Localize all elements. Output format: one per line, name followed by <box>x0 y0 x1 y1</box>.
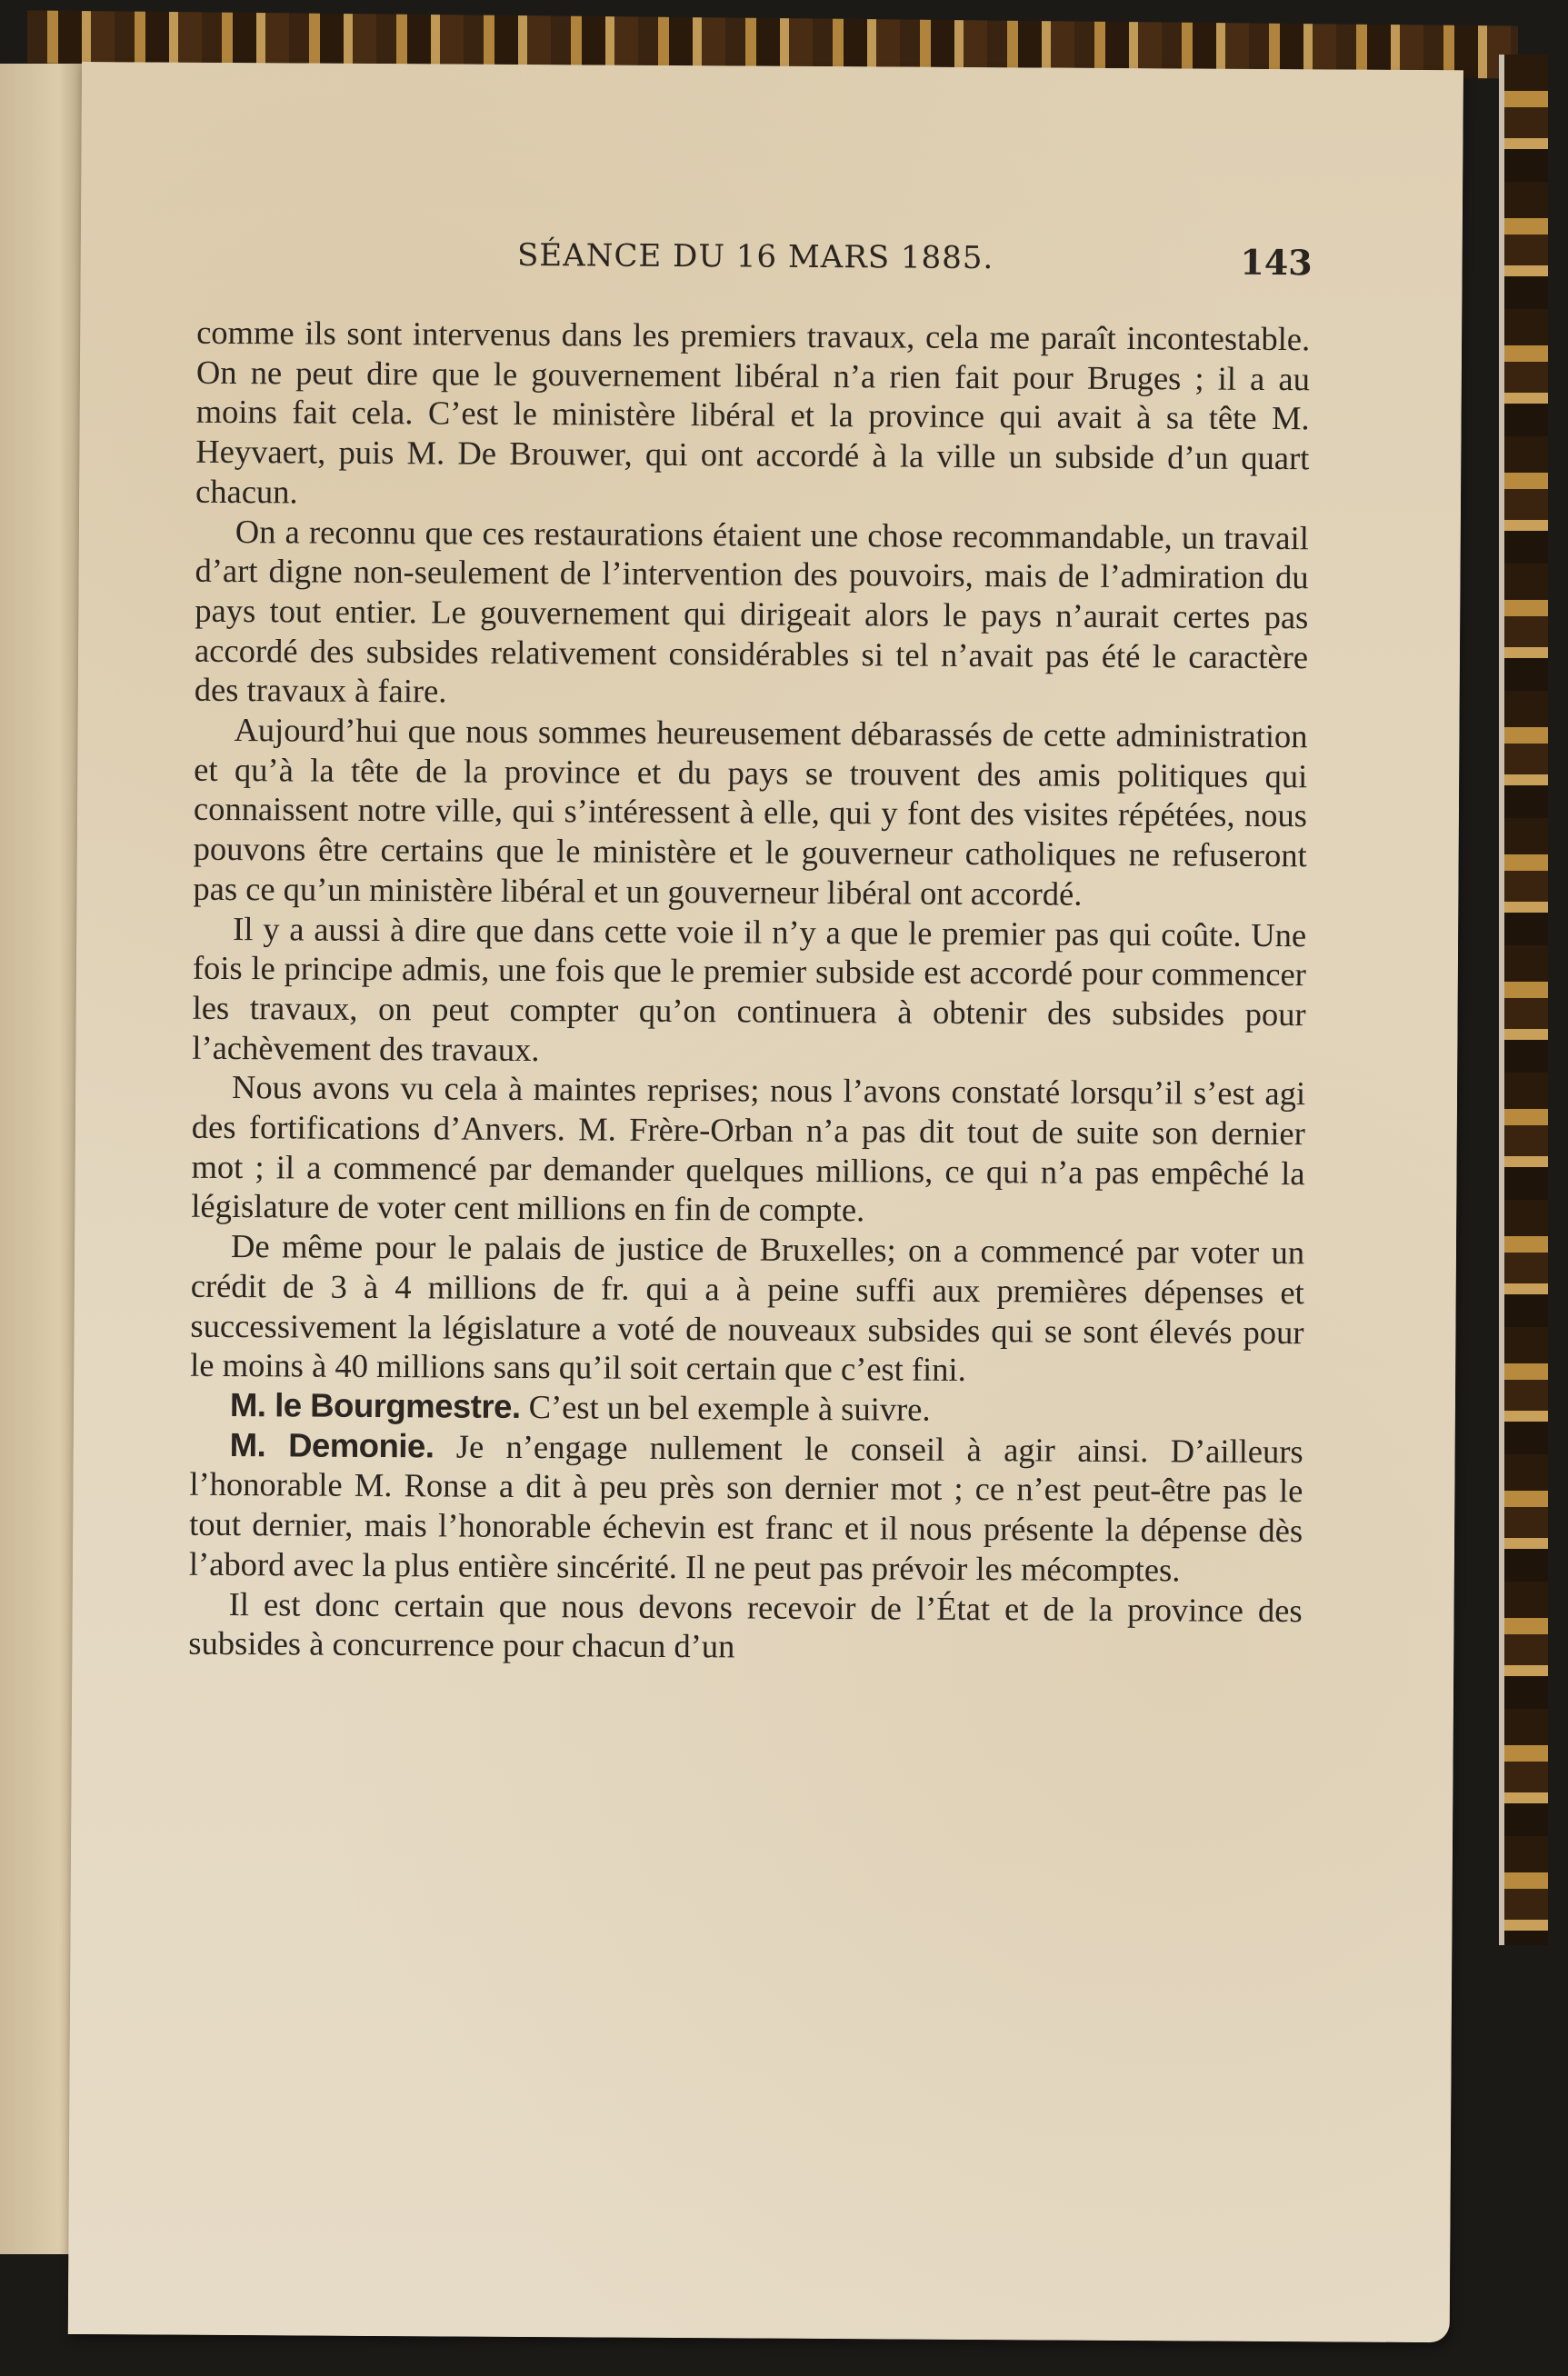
paragraph: On a reconnu que ces restaurations étaie… <box>195 511 1309 716</box>
paragraph: Il y a aussi à dire que dans cette voie … <box>192 908 1306 1073</box>
paragraph: comme ils sont intervenus dans les premi… <box>195 313 1310 518</box>
speech-demonie: M. Demonie. Je n’engage nullement le con… <box>189 1424 1303 1590</box>
running-head: SÉANCE DU 16 MARS 1885. 143 <box>198 235 1312 296</box>
book-page: SÉANCE DU 16 MARS 1885. 143 comme ils so… <box>68 62 1463 2342</box>
closing-paragraph: Il est donc certain que nous devons rece… <box>188 1583 1303 1670</box>
paragraph: Aujourd’hui que nous sommes heureusement… <box>193 710 1307 915</box>
speech-text: C’est un bel exemple à suivre. <box>520 1388 930 1428</box>
paragraph: De même pour le palais de justice de Bru… <box>190 1226 1304 1392</box>
speaker-name: M. Demonie. <box>230 1426 434 1464</box>
running-title: SÉANCE DU 16 MARS 1885. <box>199 235 1313 278</box>
paragraph: Nous avons vu cela à maintes reprises; n… <box>191 1067 1305 1233</box>
body-text: comme ils sont intervenus dans les premi… <box>188 313 1310 1670</box>
page-number: 143 <box>1240 242 1313 283</box>
speaker-name: M. le Bourgmestre. <box>230 1386 521 1425</box>
book-right-edge <box>1499 55 1548 1945</box>
speech-bourgmestre: M. le Bourgmestre. C’est un bel exemple … <box>190 1385 1303 1432</box>
